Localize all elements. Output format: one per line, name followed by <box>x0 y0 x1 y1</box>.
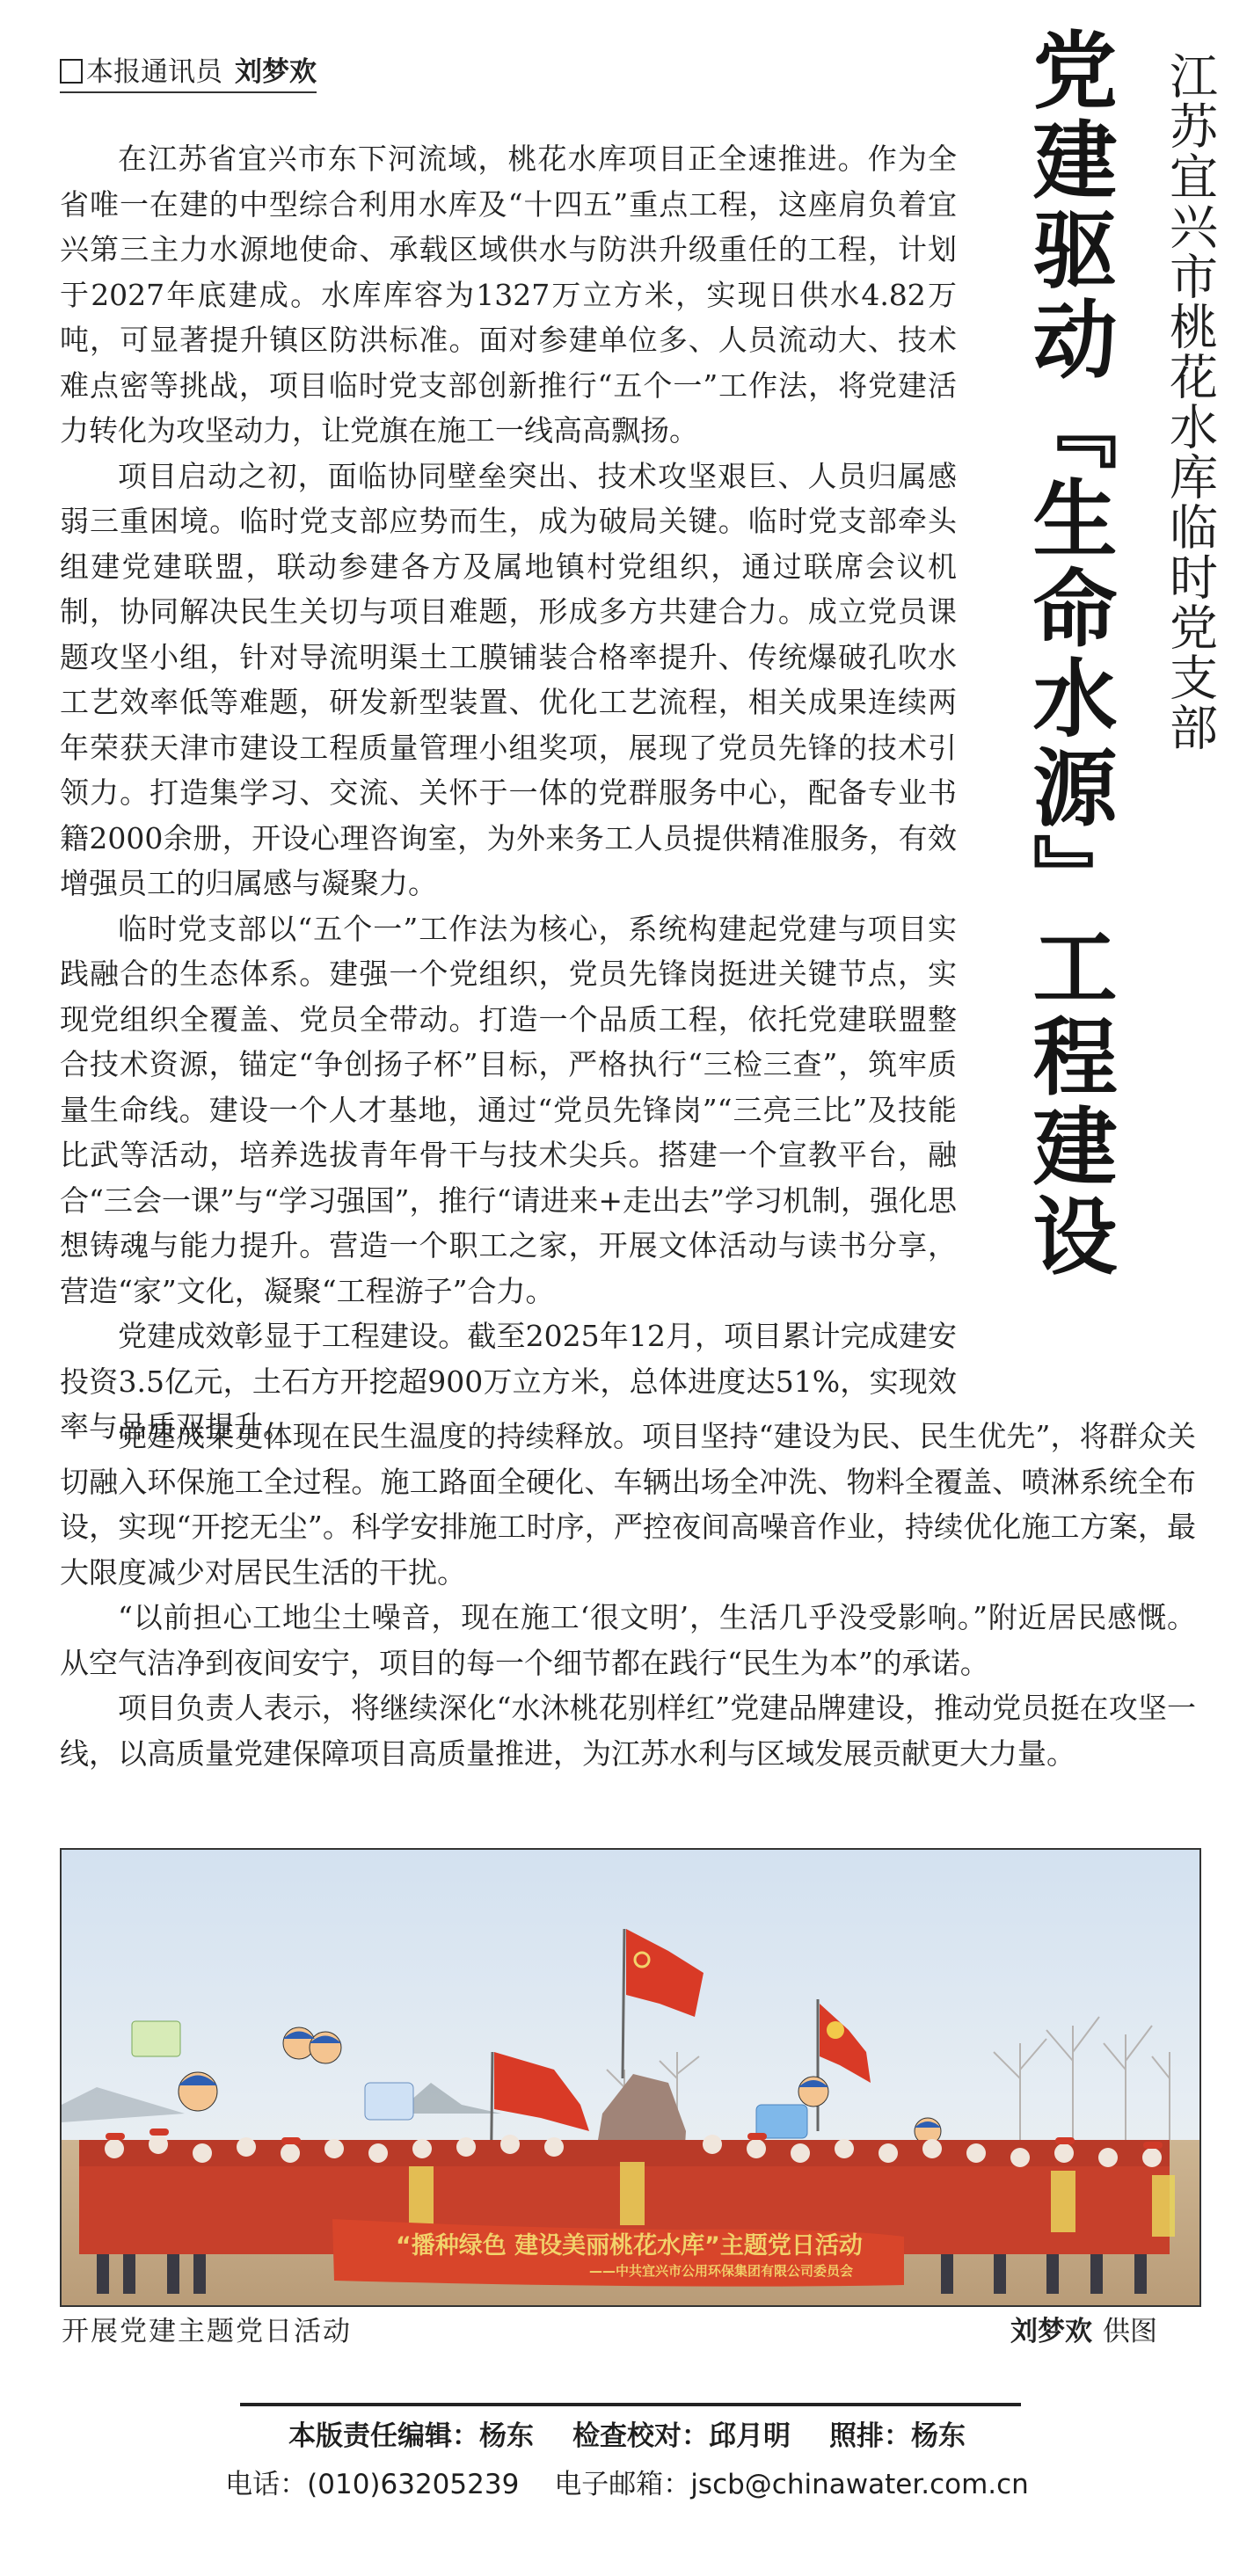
headline: 党建驱动『生命水源』工程建设 江苏宜兴市桃花水库临时党支部 <box>1011 26 1249 1380</box>
footer-divider <box>240 2403 1021 2406</box>
article-body-full-width: 党建成果更体现在民生温度的持续释放。项目坚持“建设为民、民生优先”，将群众关切融… <box>60 1414 1196 1776</box>
banner-main-text: “播种绿色 建设美丽桃花水库”主题党日活动 <box>396 2226 863 2260</box>
paragraph: 项目启动之初，面临协同壁垒突出、技术攻坚艰巨、人员归属感弱三重困境。临时党支部应… <box>60 454 957 906</box>
photo-credit: 刘梦欢供图 <box>1010 2309 1157 2348</box>
paragraph: 项目负责人表示，将继续深化“水沐桃花别样红”党建品牌建设，推动党员挺在攻坚一线，… <box>60 1685 1196 1776</box>
byline: 本报通讯员刘梦欢 <box>60 55 317 93</box>
footer-phone: 电话：(010)63205239 <box>225 2469 519 2500</box>
banner-sub-text: ——中共宜兴市公用环保集团有限公司委员会 <box>589 2261 853 2280</box>
footer-contact: 电话：(010)63205239电子邮箱：jscb@chinawater.com… <box>0 2462 1254 2501</box>
paragraph: 在江苏省宜兴市东下河流域，桃花水库项目正全速推进。作为全省唯一在建的中型综合利用… <box>60 136 957 454</box>
paragraph: 党建成果更体现在民生温度的持续释放。项目坚持“建设为民、民生优先”，将群众关切融… <box>60 1414 1196 1595</box>
byline-prefix: 本报通讯员 <box>86 56 222 88</box>
headline-subtitle: 江苏宜兴市桃花水库临时党支部 <box>1150 51 1221 753</box>
paragraph: 临时党支部以“五个一”工作法为核心，系统构建起党建与项目实践融合的生态体系。建强… <box>60 906 957 1314</box>
paragraph: “以前担心工地尘土噪音，现在施工‘很文明’，生活几乎没受影响。”附近居民感慨。从… <box>60 1595 1196 1685</box>
article-body-column: 在江苏省宜兴市东下河流域，桃花水库项目正全速推进。作为全省唯一在建的中型综合利用… <box>60 136 957 1450</box>
footer-editor: 本版责任编辑：杨东 <box>288 2420 534 2452</box>
footer-staff: 本版责任编辑：杨东检查校对：邱月明照排：杨东 <box>0 2413 1254 2453</box>
headline-main-title: 党建驱动『生命水源』工程建设 <box>1011 26 1117 1282</box>
byline-author: 刘梦欢 <box>235 56 317 88</box>
event-photo: “播种绿色 建设美丽桃花水库”主题党日活动 ——中共宜兴市公用环保集团有限公司委… <box>60 1848 1201 2307</box>
square-bullet-icon <box>60 59 83 84</box>
footer-proofreader: 检查校对：邱月明 <box>572 2420 791 2452</box>
footer-typesetter: 照排：杨东 <box>829 2420 966 2452</box>
credit-name: 刘梦欢 <box>1010 2316 1092 2347</box>
credit-suffix: 供图 <box>1103 2316 1157 2347</box>
photo-caption: 开展党建主题党日活动 <box>62 2309 352 2348</box>
footer-email: 电子邮箱：jscb@chinawater.com.cn <box>554 2469 1029 2500</box>
